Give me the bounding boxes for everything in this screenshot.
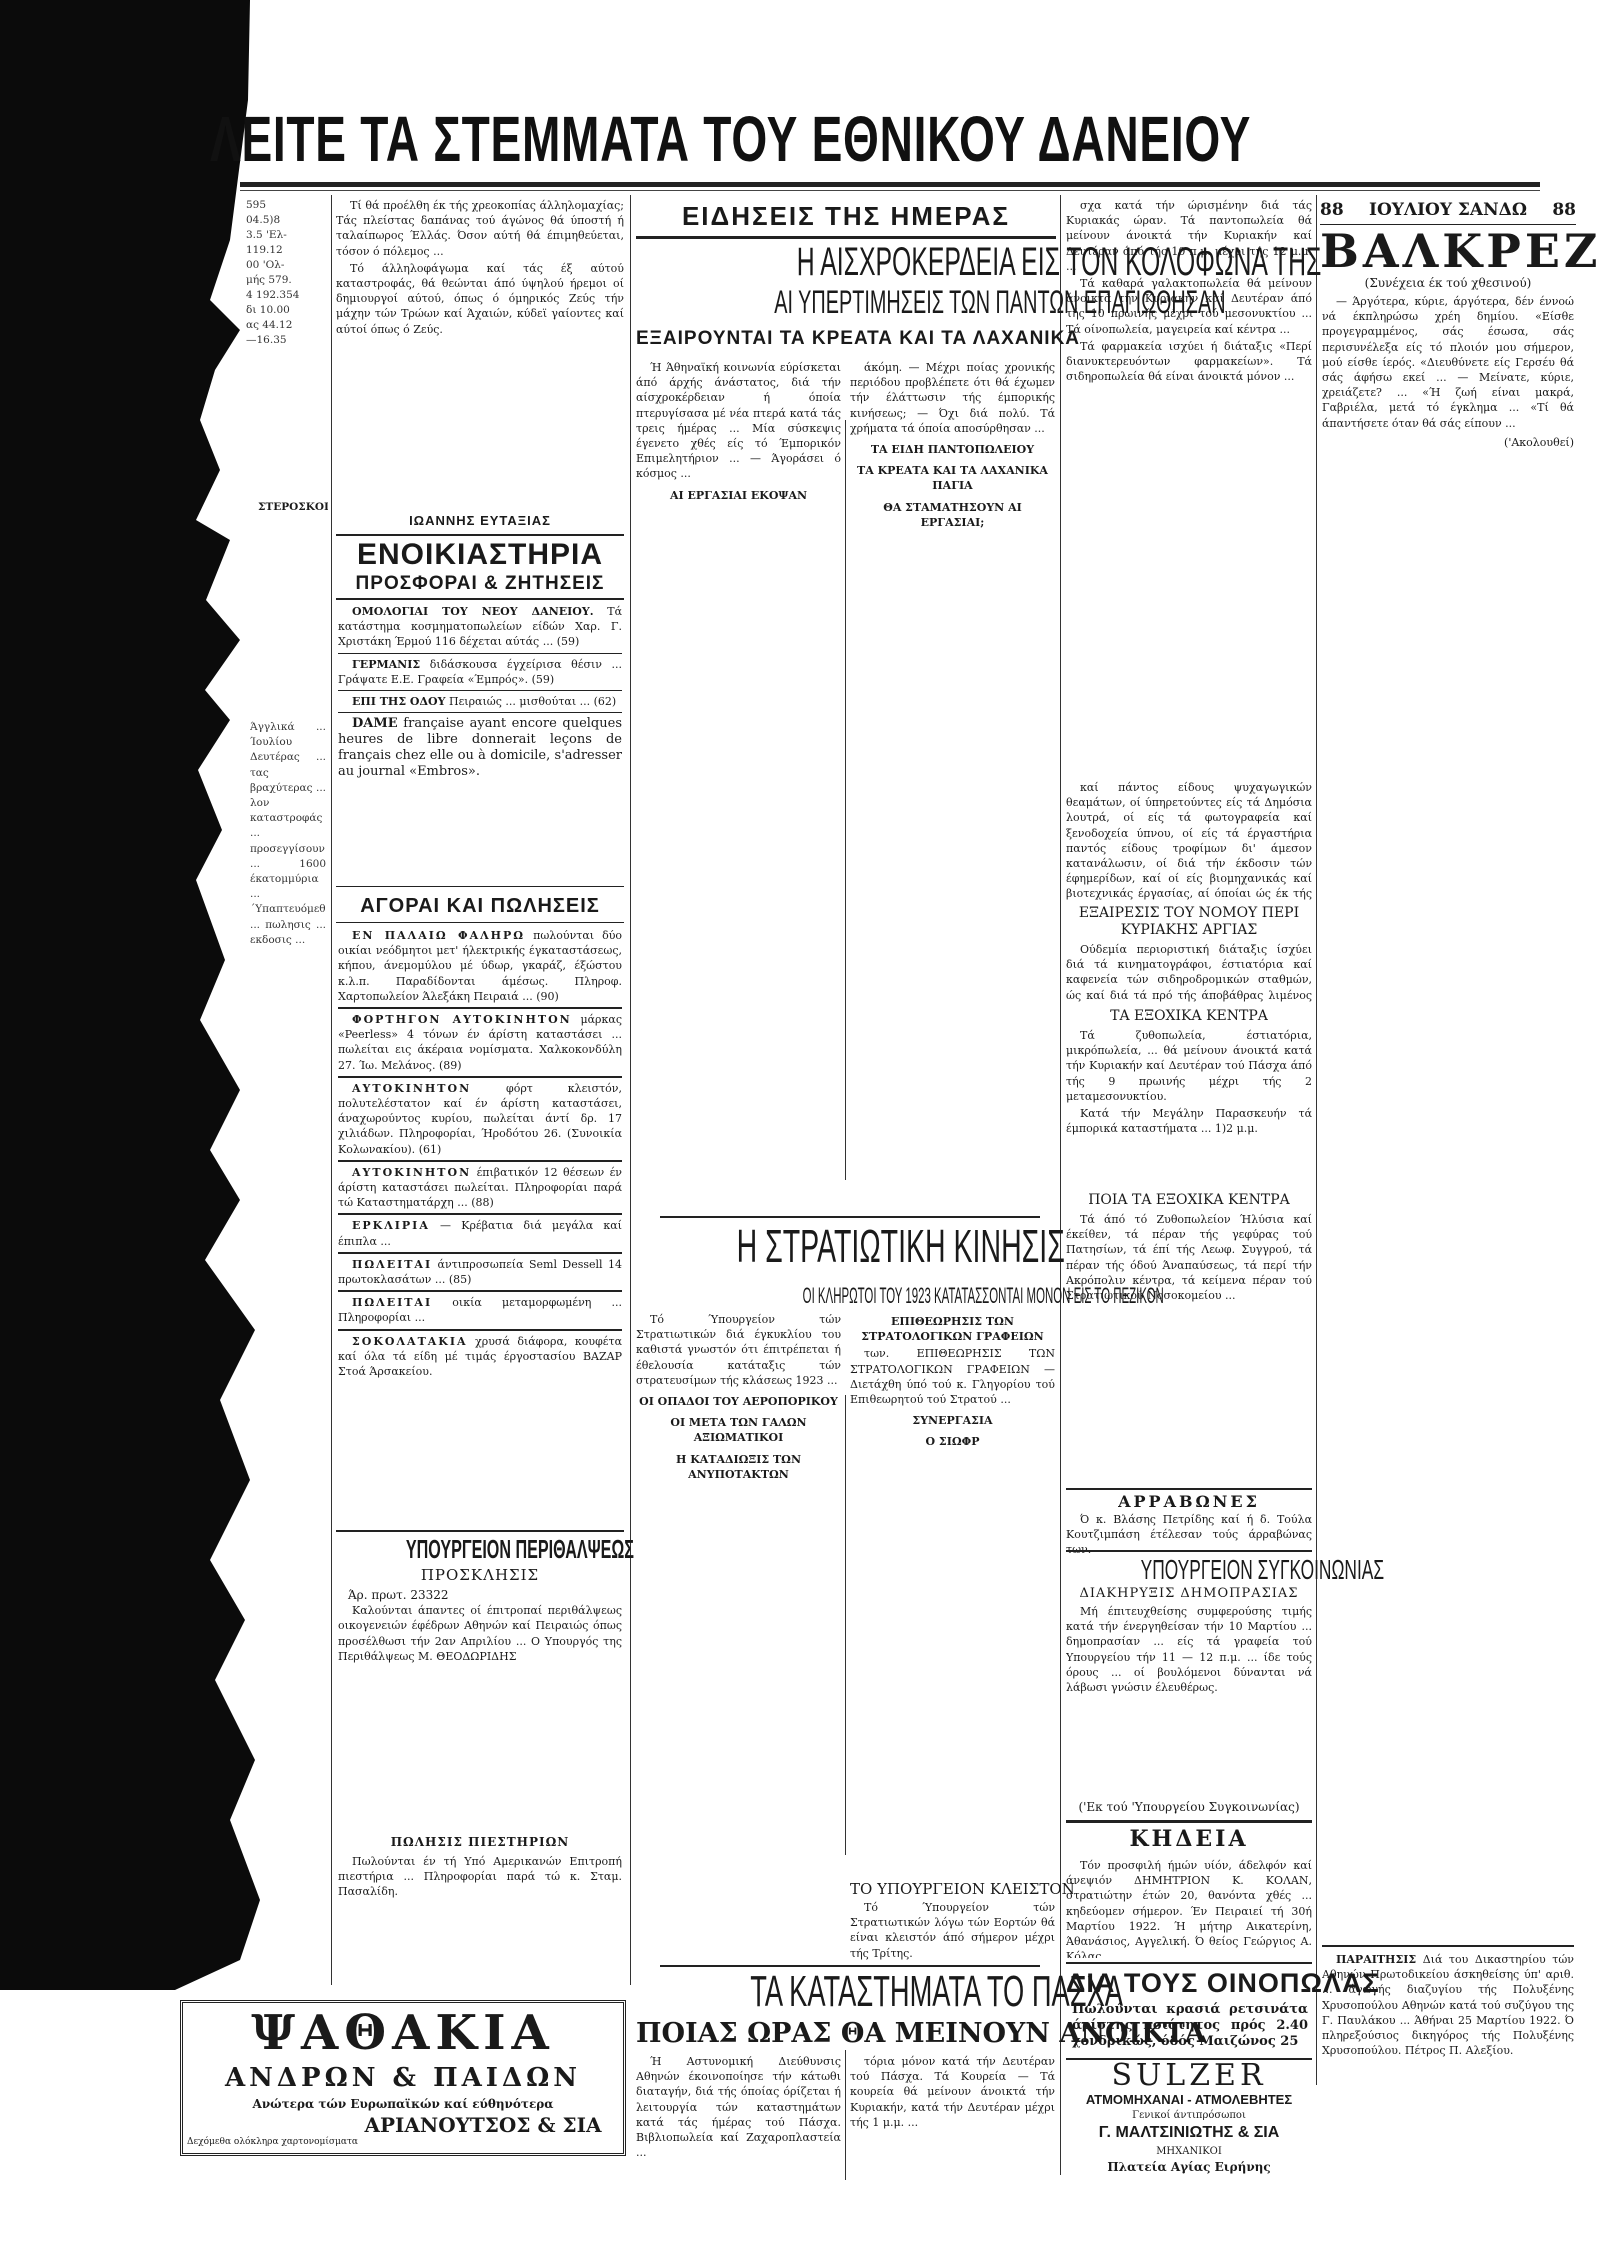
military-article-left: Τό Ύπουργείον τών Στρατιωτικών διά έγκυκ… xyxy=(636,1312,841,1862)
serial-subtitle: (Συνέχεια έκ τού χθεσινού) xyxy=(1320,276,1576,290)
section-rule xyxy=(336,922,624,923)
communications-ministry-sign: ('Εκ τού 'Υπουργείου Συγκοινωνίας) xyxy=(1066,1800,1312,1814)
masthead-rule-thin xyxy=(240,190,1540,191)
section-rule xyxy=(1066,1550,1312,1552)
lead-headline-1: Η ΑΙΣΧΡΟΚΕΡΔΕΙΑ ΕΙΣ ΤΟΝ ΚΟΛΟΦΩΝΑ ΤΗΣ xyxy=(636,244,1056,284)
classified-item: ΕΝ ΠΑΛΑΙΩ ΦΑΛΗΡΩ πωλούνται δύο οικίαι νε… xyxy=(338,928,622,1004)
shops-article-right: τόρια μόνον κατά τήν Δευτέραν τού Πάσχα.… xyxy=(850,2054,1055,2180)
section-banner-news: ΕΙΔΗΣΕΙΣ ΤΗΣ ΗΜΕΡΑΣ xyxy=(636,198,1056,234)
sunday-law-subhead: ΕΞΑΙΡΕΣΙΣ ΤΟΥ ΝΟΜΟΥ ΠΕΡΙ ΚΥΡΙΑΚΗΣ ΑΡΓΙΑΣ xyxy=(1066,905,1312,939)
classifieds-title: ΕΝΟΙΚΙΑΣΤΗΡΙΑ xyxy=(336,538,624,572)
serial-body: — Άργότερα, κύριε, άργότερα, δέν έννοώ ν… xyxy=(1322,294,1574,1884)
column2-top-article: Τί θά προέλθη έκ τής χρεοκοπίας άλληλομα… xyxy=(336,198,624,398)
classified-item: ΓΕΡΜΑΝΙΣ διδάσκουσα έγχείρισα θέσιν ... … xyxy=(338,657,622,687)
sulzer-engineers: ΜΗΧΑΝΙΚΟΙ xyxy=(1066,2146,1312,2157)
section-rule xyxy=(1066,1488,1312,1490)
classifieds-subtitle: ΠΡΟΣΦΟΡΑΙ & ΖΗΤΗΣΕΙΣ xyxy=(336,573,624,595)
shops-subheadline: ΠΟΙΑΣ ΩΡΑΣ ΘΑ ΜΕΙΝΟΥΝ ΑΝΟΙΚΤΑ xyxy=(636,2018,1056,2050)
section-rule xyxy=(336,534,624,536)
section-rule xyxy=(336,598,624,600)
serial-number-right: 88 xyxy=(1552,200,1576,222)
section-rule xyxy=(660,1216,1040,1218)
section-rule xyxy=(1066,1962,1312,1964)
serial-header: 88 ΙΟΥΛΙΟΥ ΣΑΝΔΩ 88 xyxy=(1320,200,1576,222)
serial-title: ΒΑΛΚΡΕΖ xyxy=(1320,226,1576,276)
classified-item: ΠΩΛΕΙΤΑΙ οικία μεταμορφωμένη ... Πληροφο… xyxy=(338,1295,622,1325)
sales-title: ΑΓΟΡΑΙ ΚΑΙ ΠΩΛΗΣΕΙΣ xyxy=(336,893,624,919)
sulzer-brand: SULZER xyxy=(1066,2060,1312,2092)
which-venues-body: Τά άπό τό Ζυθοπωλείον Ήλύσια καί έκείθεν… xyxy=(1066,1212,1312,1482)
torn-column-figures: 595 04.5)8 3.5 'Ελ- 119.12 00 'Ολ- μής 5… xyxy=(246,198,326,348)
classified-item: ΑΥΤΟΚΙΝΗΤΟΝ φόρτ κλειστόν, πολυτελέστατο… xyxy=(338,1081,622,1157)
column-rule xyxy=(331,195,332,1985)
military-article-right: ΕΠΙΘΕΩΡΗΣΙΣ ΤΩΝ ΣΤΡΑΤΟΛΟΓΙΚΩΝ ΓΡΑΦΕΙΩΝ τ… xyxy=(850,1312,1055,1792)
serial-number-left: 88 xyxy=(1320,200,1344,222)
lead-headline-3: ΕΞΑΙΡΟΥΝΤΑΙ ΤΑ ΚΡΕΑΤΑ ΚΑΙ ΤΑ ΛΑΧΑΝΙΚΑ xyxy=(636,326,1056,352)
column-rule xyxy=(845,2050,846,2180)
country-venues-body: Τά ζυθοπωλεία, έστιατόρια, μικρόπωλεία, … xyxy=(1066,1028,1312,1188)
piestirion-title: ΠΩΛΗΣΙΣ ΠΙΕΣΤΗΡΙΩΝ xyxy=(336,1835,624,1849)
section-rule xyxy=(336,1530,624,1532)
engagements-title: ΑΡΡΑΒΩΝΕΣ xyxy=(1066,1492,1312,1511)
communications-ministry-subtitle: ΔΙΑΚΗΡΥΞΙΣ ΔΗΜΟΠΡΑΣΙΑΣ xyxy=(1066,1586,1312,1601)
classified-item: ΠΩΛΕΙΤΑΙ άντιπροσωπεία Seml Dessell 14 π… xyxy=(338,1257,622,1287)
hats-ad-box: ΨΑΘΑΚΙΑ ΑΝΔΡΩΝ & ΠΑΙΔΩΝ Ανώτερα τών Ευρω… xyxy=(180,2000,626,2156)
engagements-body: Ό κ. Βλάσης Πετρίδης καί ή δ. Τούλα Κουτ… xyxy=(1066,1512,1312,1560)
hats-ad-company: ΑΡΙΑΝΟΥΤΣΟΣ & ΣΙΑ xyxy=(353,2113,613,2137)
legal-notice: ΠΑΡΑΙΤΗΣΙΣ Διά του Δικαστηρίου τών Αθηνώ… xyxy=(1322,1952,1574,2112)
hats-ad-note: Δεχόμεθα ολόκληρα χαρτονομίσματα xyxy=(187,2137,387,2147)
section-rule xyxy=(636,236,1056,239)
ministry-welfare-title: ΥΠΟΥΡΓΕΙΟΝ ΠΕΡΙΘΑΛΨΕΩΣ xyxy=(336,1536,624,1565)
classified-item: DAME française ayant encore quelques heu… xyxy=(338,716,622,780)
lead-headline-2: ΑΙ ΥΠΕΡΤΙΜΗΣΕΙΣ ΤΩΝ ΠΑΝΤΩΝ ΕΠΑΓΙΩΘΗΣΑΝ xyxy=(636,286,1056,321)
easter-hours-article: σχα κατά τήν ώρισμένην διά τάς Κυριακάς … xyxy=(1066,198,1312,798)
ministry-closed-body: Τό Ύπουργείον τών Στρατιωτικών λόγω τών … xyxy=(850,1900,1055,1960)
column-rule xyxy=(630,195,631,1985)
classified-list-2: ΕΝ ΠΑΛΑΙΩ ΦΑΛΗΡΩ πωλούνται δύο οικίαι νε… xyxy=(338,928,622,1508)
sulzer-company: Γ. ΜΑΛΤΣΙΝΙΩΤΗΣ & ΣΙΑ xyxy=(1066,2124,1312,2142)
funeral-title: ΚΗΔΕΙΑ xyxy=(1066,1826,1312,1852)
piestirion-notice: Πωλούνται έν τή Υπό Αμερικανών Επιτροπή … xyxy=(338,1854,622,1972)
column-rule xyxy=(1060,195,1061,2175)
easter-exceptions-text: καί πάντος είδους ψυχαγωγικών θεαμάτων, … xyxy=(1066,780,1312,900)
sulzer-representatives: Γενικοί άντιπρόσωποι xyxy=(1066,2110,1312,2121)
masthead-rule xyxy=(240,182,1540,187)
which-venues-subhead: ΠΟΙΑ ΤΑ ΕΞΟΧΙΚΑ ΚΕΝΤΡΑ xyxy=(1066,1192,1312,1208)
classified-item: ΕΡΚΛΙΡΙΑ — Κρέβατια διά μεγάλα καί έπιπλ… xyxy=(338,1218,622,1248)
military-headline: Η ΣΤΡΑΤΙΩΤΙΚΗ ΚΙΝΗΣΙΣ xyxy=(636,1224,1056,1279)
shops-headline: ΤΑ ΚΑΤΑΣΤΗΜΑΤΑ ΤΟ ΠΑΣΧΑ xyxy=(636,1970,1056,2023)
classified-list-1: ΟΜΟΛΟΓΙΑΙ ΤΟΥ ΝΕΟΥ ΔΑΝΕΙΟΥ. Τά κατάστημα… xyxy=(338,604,622,840)
classified-item: ΑΥΤΟΚΙΝΗΤΟΝ έπιβατικόν 12 θέσεων έν άρίσ… xyxy=(338,1165,622,1211)
newspaper-page: ΛΕΙΤΕ ΤΑ ΣΤΕΜΜΑΤΑ ΤΟΥ ΕΘΝΙΚΟΥ ΔΑΝΕΙΟΥ 59… xyxy=(0,0,1600,2255)
shops-article-left: Ή Αστυνομική Διεύθυνσις Αθηνών έκοινοποί… xyxy=(636,2054,841,2180)
country-venues-subhead: ΤΑ ΕΞΟΧΙΚΑ ΚΕΝΤΡΑ xyxy=(1066,1008,1312,1024)
section-rule xyxy=(1066,1820,1312,1823)
sunday-law-body: Ούδεμία περιοριστική διάταξις ίσχύει διά… xyxy=(1066,942,1312,1002)
column-rule xyxy=(1316,195,1317,2085)
sulzer-products: ΑΤΜΟΜΗΧΑΝΑΙ - ΑΤΜΟΛΕΒΗΤΕΣ xyxy=(1066,2092,1312,2107)
hats-ad-title: ΨΑΘΑΚΙΑ xyxy=(183,2005,623,2061)
byline: ΙΩΑΝΝΗΣ ΕΥΤΑΞΙΑΣ xyxy=(336,513,624,528)
communications-ministry-title: ΥΠΟΥΡΓΕΙΟΝ ΣΥΓΚΟΙΝΩΝΙΑΣ xyxy=(1066,1556,1312,1588)
masthead-headline: ΛΕΙΤΕ ΤΑ ΣΤΕΜΜΑΤΑ ΤΟΥ ΕΘΝΙΚΟΥ ΔΑΝΕΙΟΥ xyxy=(210,98,1074,180)
ministry-closed-title: ΤΟ ΥΠΟΥΡΓΕΙΟΝ ΚΛΕΙΣΤΟΝ xyxy=(850,1880,1055,1898)
funeral-notice: Τόν προσφιλή ήμών υίόν, άδελφόν καί άνεψ… xyxy=(1066,1858,1312,1958)
communications-ministry-notice: Μή έπιτευχθείσης συμφερούσης τιμής κατά … xyxy=(1066,1604,1312,1800)
military-subheadline: ΟΙ ΚΛΗΡΩΤΟΙ ΤΟΥ 1923 ΚΑΤΑΤΑΣΣΟΝΤΑΙ ΜΟΝΟΝ… xyxy=(636,1284,1056,1310)
ministry-welfare-subtitle: ΠΡΟΣΚΛΗΣΙΣ xyxy=(336,1566,624,1584)
wine-ad-body: Πωλούνται κρασιά ρετσινάτα άρίστης ποιότ… xyxy=(1072,2002,1308,2056)
sulzer-address: Πλατεία Αγίας Ειρήνης xyxy=(1066,2160,1312,2174)
hats-ad-line1: ΑΝΔΡΩΝ & ΠΑΙΔΩΝ xyxy=(183,2063,623,2093)
section-rule xyxy=(1322,1945,1574,1947)
column-rule xyxy=(845,420,846,1180)
section-rule xyxy=(336,886,624,887)
serial-author: ΙΟΥΛΙΟΥ ΣΑΝΔΩ xyxy=(1369,200,1527,222)
column-rule xyxy=(845,1395,846,1855)
wine-ad-title: ΔΙΑ ΤΟΥΣ ΟΙΝΟΠΩΛΑΣ xyxy=(1066,1966,1312,2000)
classified-item: ΣΟΚΟΛΑΤΑΚΙΑ χρυσά διάφορα, κουφέτα καί ό… xyxy=(338,1334,622,1380)
classified-item: ΦΟΡΤΗΓΟΝ ΑΥΤΟΚΙΝΗΤΟΝ μάρκας «Peerless» 4… xyxy=(338,1012,622,1073)
classified-item: ΟΜΟΛΟΓΙΑΙ ΤΟΥ ΝΕΟΥ ΔΑΝΕΙΟΥ. Τά κατάστημα… xyxy=(338,604,622,650)
hats-ad-line2: Ανώτερα τών Ευρωπαϊκών καί εύθηνότερα xyxy=(183,2097,623,2111)
torn-column-section: ΣΤΕΡΟΣΚΟΠΕΙΟΝ xyxy=(258,500,328,515)
torn-column-text: Άγγλικά ... Ίουλίου Δευτέρας ... τας βρα… xyxy=(250,720,326,1980)
classified-item: ΕΠΙ ΤΗΣ ΟΔΟΥ Πειραιώς ... μισθούται ... … xyxy=(338,694,622,709)
lead-article-right: άκόμη. — Μέχρι ποίας χρονικής περιόδου π… xyxy=(850,360,1055,1180)
lead-article-left: Ή Άθηναϊκή κοινωνία εύρίσκεται άπό άρχής… xyxy=(636,360,841,1180)
